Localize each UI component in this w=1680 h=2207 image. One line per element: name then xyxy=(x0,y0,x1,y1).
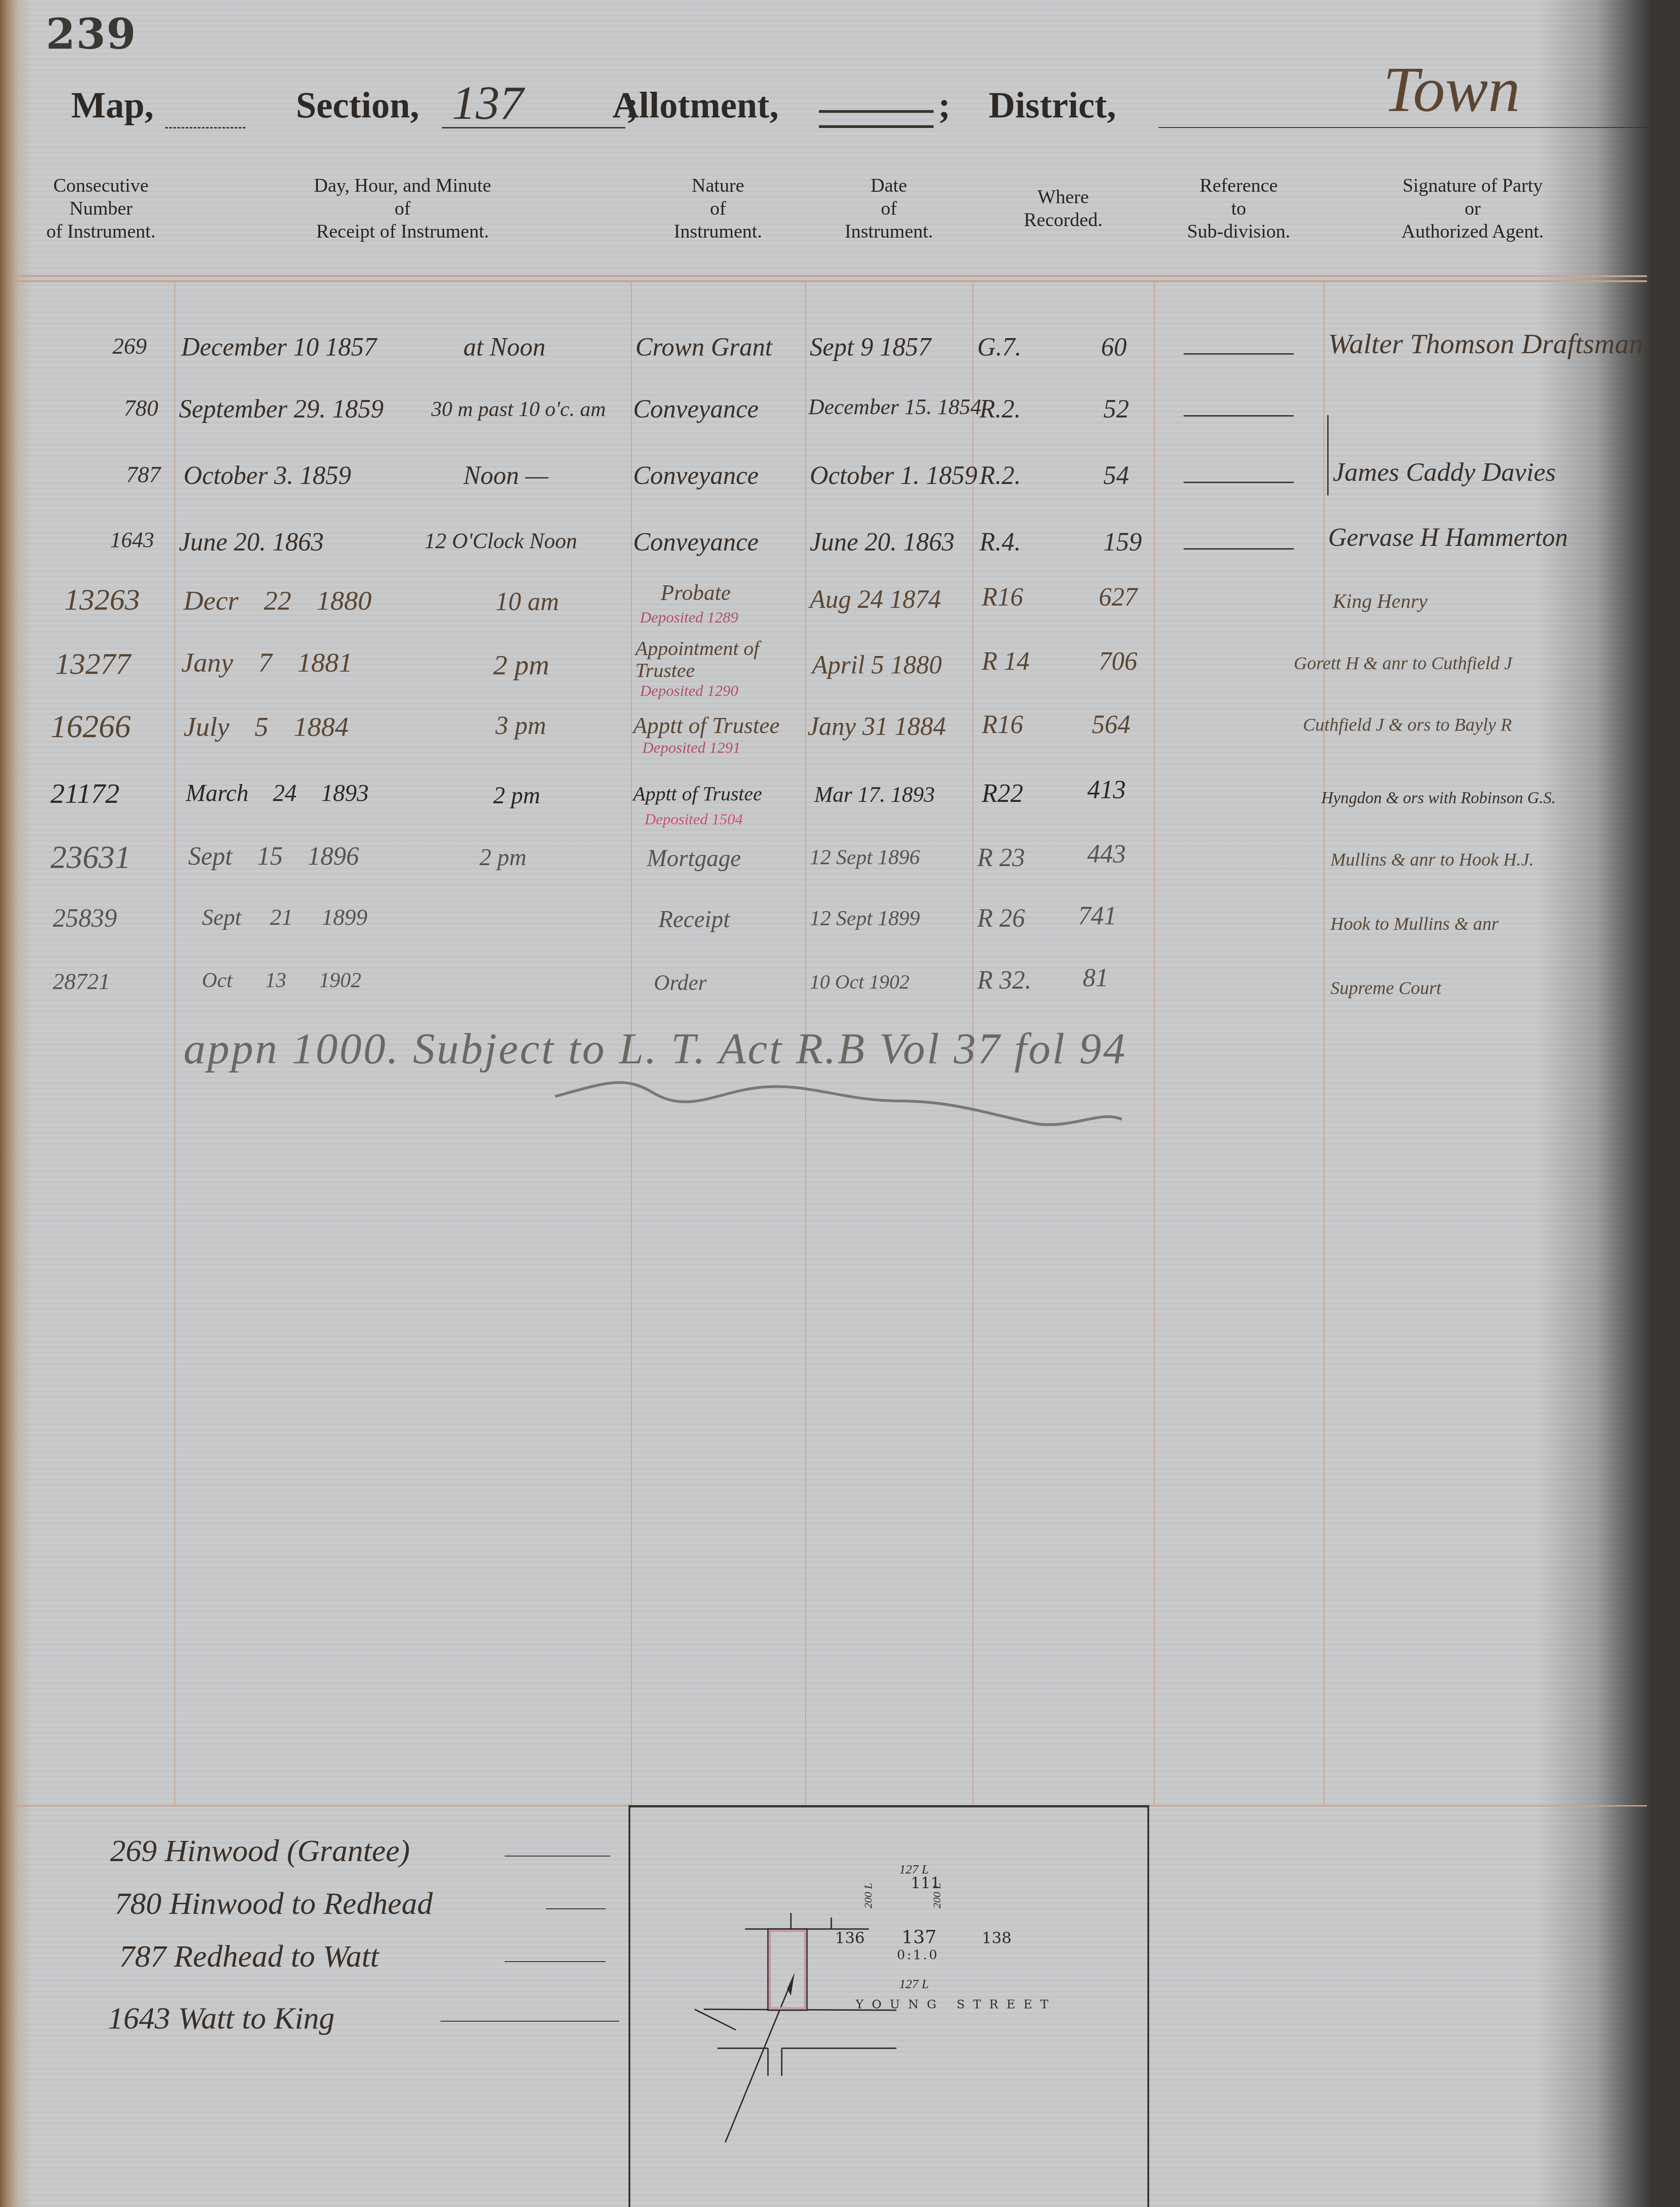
top-frontage-label: 127 L xyxy=(899,1862,929,1877)
chain-entry: 780 Hinwood to Redhead xyxy=(115,1885,433,1922)
chain-entry: 787 Redhead to Watt xyxy=(119,1938,379,1974)
record-folio: 443 xyxy=(1087,839,1126,869)
receipt-date: March 24 1893 xyxy=(186,780,369,807)
column-divider-6 xyxy=(1324,282,1324,1805)
instrument-nature: Mortgage xyxy=(647,845,741,872)
signature: Gervase H Hammerton xyxy=(1328,523,1568,552)
lot-136-label: 136 xyxy=(835,1929,865,1947)
instrument-number: 16266 xyxy=(50,709,131,745)
left-depth-label: 200 L xyxy=(862,1883,875,1908)
instrument-number: 28721 xyxy=(53,968,110,995)
instrument-number: 269 xyxy=(112,333,147,359)
instrument-date: 10 Oct 1902 xyxy=(810,970,910,994)
section-underline xyxy=(442,127,625,128)
chain-entry: 269 Hinwood (Grantee) xyxy=(110,1833,410,1869)
instrument-date: October 1. 1859 xyxy=(810,461,978,490)
allotment-line-upper xyxy=(819,110,934,113)
record-folio: 81 xyxy=(1083,963,1108,993)
record-folio: 60 xyxy=(1101,333,1127,362)
record-folio: 413 xyxy=(1087,775,1126,805)
instrument-number: 21172 xyxy=(50,778,119,810)
receipt-time: Noon — xyxy=(463,461,548,490)
receipt-time: at Noon xyxy=(463,333,545,362)
instrument-number: 25839 xyxy=(53,904,117,933)
district-label: District, xyxy=(989,85,1116,127)
subdivision-dash xyxy=(1184,548,1294,550)
receipt-date: June 20. 1863 xyxy=(179,528,324,557)
map-label: Map, xyxy=(71,85,154,127)
record-book: R 32. xyxy=(977,966,1031,995)
receipt-time: 30 m past 10 o'c. am xyxy=(431,397,606,421)
district-value: Town xyxy=(1383,53,1520,127)
subdivision-dash xyxy=(1184,353,1294,355)
receipt-date: December 10 1857 xyxy=(181,333,377,362)
signature: Supreme Court xyxy=(1330,977,1441,999)
instrument-number: 13277 xyxy=(55,647,131,682)
instrument-number: 1643 xyxy=(110,528,154,553)
title-row: Map, Section, 137 ; Allotment, ; Distric… xyxy=(71,85,1585,140)
receipt-time: 10 am xyxy=(495,587,559,617)
receipt-time: 3 pm xyxy=(495,711,546,740)
receipt-date: September 29. 1859 xyxy=(179,395,384,424)
receipt-date: Decr 22 1880 xyxy=(184,585,372,617)
deposit-note: Deposited 1289 xyxy=(640,609,738,627)
instrument-nature: Conveyance xyxy=(633,395,759,424)
page-number: 239 xyxy=(46,9,137,59)
record-folio: 52 xyxy=(1103,395,1129,424)
record-book: R16 xyxy=(982,710,1023,739)
instrument-date: June 20. 1863 xyxy=(810,528,955,557)
ledger-page: 239 Map, Section, 137 ; Allotment, ; Dis… xyxy=(0,0,1680,2207)
signature: James Caddy Davies xyxy=(1333,456,1556,487)
deposit-note: Deposited 1291 xyxy=(642,739,740,757)
annotation-note: appn 1000. Subject to L. T. Act R.B Vol … xyxy=(184,1023,1127,1074)
instrument-date: April 5 1880 xyxy=(812,650,942,680)
deposit-note: Deposited 1504 xyxy=(645,811,743,828)
street-name-label: YOUNG STREET xyxy=(856,1998,1057,2012)
header-nature: Nature of Instrument. xyxy=(631,174,805,243)
instrument-nature: Probate xyxy=(661,580,731,606)
receipt-time: 12 O'Clock Noon xyxy=(424,528,577,554)
instrument-number: 13263 xyxy=(64,583,140,617)
chain-dash xyxy=(546,1908,606,1909)
allotment-separator: ; xyxy=(938,85,951,127)
header-date: Date of Instrument. xyxy=(805,174,973,243)
instrument-nature: Appointment of Trustee xyxy=(635,638,773,682)
receipt-date: Sept 15 1896 xyxy=(188,842,359,871)
subdivision-dash xyxy=(1184,482,1294,483)
receipt-date: July 5 1884 xyxy=(184,711,349,743)
record-folio: 741 xyxy=(1078,901,1117,931)
signature-bracket xyxy=(1324,415,1329,495)
receipt-date: Sept 21 1899 xyxy=(202,904,367,930)
lot-137-label: 137 xyxy=(901,1927,936,1948)
subdivision-dash xyxy=(1184,415,1294,417)
record-folio: 159 xyxy=(1103,528,1142,557)
bottom-frontage-label: 127 L xyxy=(899,1977,929,1992)
record-book: G.7. xyxy=(977,333,1021,362)
signature: Gorett H & anr to Cuthfield J xyxy=(1294,652,1512,674)
section-value: 137 xyxy=(452,76,523,130)
receipt-date: October 3. 1859 xyxy=(184,461,351,490)
instrument-nature: Conveyance xyxy=(633,528,759,557)
instrument-nature: Crown Grant xyxy=(635,333,772,362)
record-book: R 23 xyxy=(977,843,1025,873)
receipt-time: 2 pm xyxy=(493,649,549,682)
instrument-number: 780 xyxy=(124,395,158,421)
instrument-nature: Receipt xyxy=(658,906,730,933)
record-book: R16 xyxy=(982,583,1023,612)
header-where-recorded: Where Recorded. xyxy=(973,186,1154,232)
instrument-nature: Apptt of Trustee xyxy=(633,782,762,806)
receipt-time: 2 pm xyxy=(479,844,527,871)
chain-entry: 1643 Watt to King xyxy=(108,2000,334,2036)
lot-138-label: 138 xyxy=(982,1929,1012,1947)
lot-area-label: 0:1.0 xyxy=(897,1947,939,1962)
signature: Hook to Mullins & anr xyxy=(1330,913,1499,934)
record-book: R.2. xyxy=(979,395,1021,424)
column-divider-5 xyxy=(1154,282,1155,1805)
column-divider-1 xyxy=(174,282,175,1805)
receipt-time: 2 pm xyxy=(493,782,540,809)
right-depth-label: 200 L xyxy=(931,1883,944,1908)
record-book: R 14 xyxy=(982,647,1029,676)
deposit-note: Deposited 1290 xyxy=(640,683,738,700)
record-book: R.4. xyxy=(979,528,1021,557)
receipt-date: Oct 13 1902 xyxy=(202,968,361,992)
map-underline xyxy=(165,127,245,128)
instrument-date: December 15. 1854 xyxy=(808,395,981,420)
signature: Cuthfield J & ors to Bayly R xyxy=(1303,714,1512,735)
instrument-date: 12 Sept 1896 xyxy=(810,845,920,869)
record-book: R 26 xyxy=(977,904,1025,933)
instrument-date: Sept 9 1857 xyxy=(810,333,931,362)
instrument-date: 12 Sept 1899 xyxy=(810,906,920,930)
record-folio: 54 xyxy=(1103,461,1129,490)
header-rule-top xyxy=(14,275,1647,277)
header-reference: Reference to Sub-division. xyxy=(1154,174,1324,243)
receipt-date: Jany 7 1881 xyxy=(181,647,352,678)
instrument-date: Mar 17. 1893 xyxy=(814,782,935,807)
chain-dash xyxy=(440,2021,619,2022)
instrument-nature: Conveyance xyxy=(633,461,759,490)
record-folio: 627 xyxy=(1099,583,1137,612)
signature: Hyngdon & ors with Robinson G.S. xyxy=(1321,788,1556,807)
instrument-date: Aug 24 1874 xyxy=(810,585,941,614)
record-folio: 706 xyxy=(1099,647,1137,676)
instrument-date: Jany 31 1884 xyxy=(807,712,946,741)
record-folio: 564 xyxy=(1092,710,1130,739)
section-label: Section, xyxy=(296,85,419,127)
instrument-nature: Apptt of Trustee xyxy=(633,712,779,739)
header-rule-bottom xyxy=(14,280,1647,282)
record-book: R.2. xyxy=(979,461,1021,490)
signature: King Henry xyxy=(1333,589,1428,613)
record-book: R22 xyxy=(982,779,1023,808)
district-underline xyxy=(1158,127,1680,128)
signature: Walter Thomson Draftsman xyxy=(1328,328,1643,361)
signature: Mullins & anr to Hook H.J. xyxy=(1330,849,1534,870)
instrument-number: 23631 xyxy=(50,839,131,876)
annotation-underline-squiggle xyxy=(551,1073,1262,1133)
allotment-line-lower xyxy=(819,125,934,128)
header-consecutive-number: Consecutive Number of Instrument. xyxy=(28,174,174,243)
chain-dash xyxy=(505,1961,606,1962)
header-receipt-time: Day, Hour, and Minute of Receipt of Inst… xyxy=(174,174,631,243)
header-signature: Signature of Party or Authorized Agent. xyxy=(1324,174,1622,243)
allotment-label: Allotment, xyxy=(612,85,779,127)
instrument-nature: Order xyxy=(654,970,707,995)
instrument-number: 787 xyxy=(126,461,161,488)
chain-dash xyxy=(505,1856,610,1857)
